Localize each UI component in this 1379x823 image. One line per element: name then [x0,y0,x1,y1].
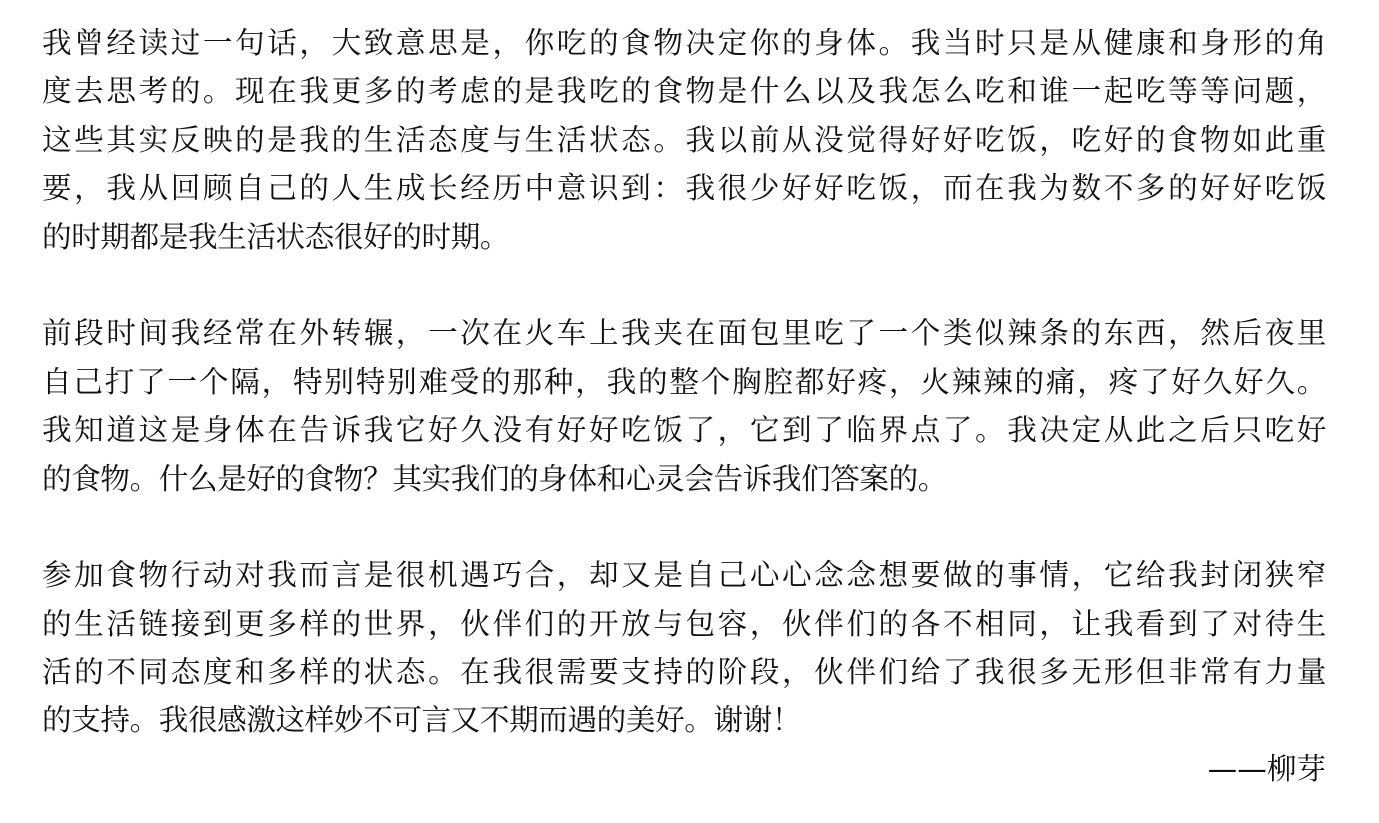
text-line: 我曾经读过一句话，大致意思是，你吃的食物决定你的身体。我当时只是从健康和身形的角 [42,19,1326,67]
text-line: 自己打了一个隔，特别特别难受的那种，我的整个胸腔都好疼，火辣辣的痛，疼了好久好久… [42,358,1326,406]
text-line: 前段时间我经常在外转辗，一次在火车上我夹在面包里吃了一个类似辣条的东西，然后夜里 [42,309,1326,357]
text-line: 这些其实反映的是我的生活态度与生活状态。我以前从没觉得好好吃饭，吃好的食物如此重 [42,116,1326,164]
author-signature: ——柳芽 [42,745,1326,793]
text-line: 的食物。什么是好的食物？其实我们的身体和心灵会告诉我们答案的。 [42,455,1326,503]
text-line: 活的不同态度和多样的状态。在我很需要支持的阶段，伙伴们给了我很多无形但非常有力量 [42,648,1326,696]
paragraph-3: 参加食物行动对我而言是很机遇巧合，却又是自己心心念念想要做的事情，它给我封闭狭窄… [42,551,1326,793]
text-line: 的支持。我很感激这样妙不可言又不期而遇的美好。谢谢！ [42,696,1326,744]
text-line: 要，我从回顾自己的人生成长经历中意识到：我很少好好吃饭，而在我为数不多的好好吃饭 [42,164,1326,212]
text-line: 度去思考的。现在我更多的考虑的是我吃的食物是什么以及我怎么吃和谁一起吃等等问题， [42,67,1326,115]
text-line: 我知道这是身体在告诉我它好久没有好好吃饭了，它到了临界点了。我决定从此之后只吃好 [42,406,1326,454]
text-line: 的时期都是我生活状态很好的时期。 [42,213,1326,261]
text-line: 的生活链接到更多样的世界，伙伴们的开放与包容，伙伴们的各不相同，让我看到了对待生 [42,600,1326,648]
paragraph-2: 前段时间我经常在外转辗，一次在火车上我夹在面包里吃了一个类似辣条的东西，然后夜里… [42,309,1326,503]
paragraph-1: 我曾经读过一句话，大致意思是，你吃的食物决定你的身体。我当时只是从健康和身形的角… [42,19,1326,261]
document-body: 我曾经读过一句话，大致意思是，你吃的食物决定你的身体。我当时只是从健康和身形的角… [42,19,1326,793]
text-line: 参加食物行动对我而言是很机遇巧合，却又是自己心心念念想要做的事情，它给我封闭狭窄 [42,551,1326,599]
